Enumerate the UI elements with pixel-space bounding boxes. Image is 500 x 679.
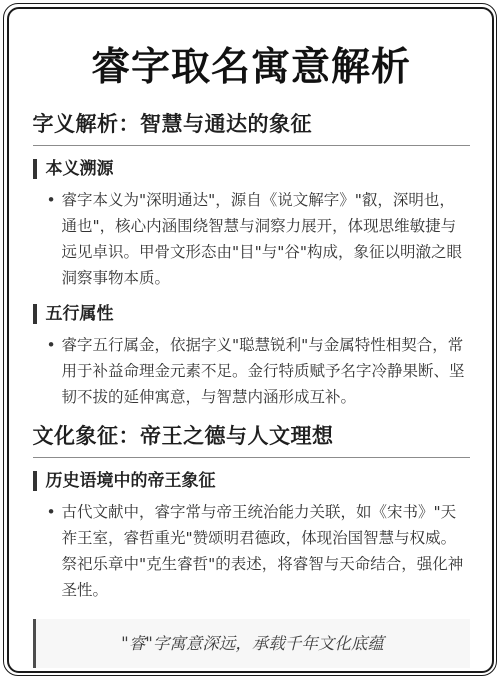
page-frame-outer: 睿字取名寓意解析 字义解析：智慧与通达的象征 本义溯源 睿字本义为"深明通达"，… <box>3 3 497 676</box>
section-heading-character-meaning: 字义解析：智慧与通达的象征 <box>33 111 470 137</box>
bullet-five-elements: 睿字五行属金，依据字义"聪慧锐利"与金属特性相契合，常用于补益命理金元素不足。金… <box>47 332 470 410</box>
bullet-list: 睿字本义为"深明通达"，源自《说文解字》"叡，深明也，通也"，核心内涵围绕智慧与… <box>47 187 470 291</box>
subsection-title-five-elements: 五行属性 <box>33 304 470 324</box>
bullet-original-meaning: 睿字本义为"深明通达"，源自《说文解字》"叡，深明也，通也"，核心内涵围绕智慧与… <box>47 187 470 291</box>
section-heading-cultural-symbolism: 文化象征：帝王之德与人文理想 <box>33 423 470 449</box>
bullet-list: 古代文献中，睿字常与帝王统治能力关联，如《宋书》"天祚王室，睿哲重光"赞颂明君德… <box>47 499 470 603</box>
subsection-title-imperial-symbolism: 历史语境中的帝王象征 <box>33 471 470 491</box>
bullet-imperial-symbolism: 古代文献中，睿字常与帝王统治能力关联，如《宋书》"天祚王室，睿哲重光"赞颂明君德… <box>47 499 470 603</box>
subsection-title-original-meaning: 本义溯源 <box>33 159 470 179</box>
page-frame-inner: 睿字取名寓意解析 字义解析：智慧与通达的象征 本义溯源 睿字本义为"深明通达"，… <box>7 7 494 673</box>
bullet-list: 睿字五行属金，依据字义"聪慧锐利"与金属特性相契合，常用于补益命理金元素不足。金… <box>47 332 470 410</box>
subsection-imperial-symbolism: 历史语境中的帝王象征 古代文献中，睿字常与帝王统治能力关联，如《宋书》"天祚王室… <box>33 471 470 603</box>
page-title: 睿字取名寓意解析 <box>33 45 470 92</box>
footer-quote-text: "睿"字寓意深远，承载千年文化底蕴 <box>48 632 458 655</box>
subsection-five-elements: 五行属性 睿字五行属金，依据字义"聪慧锐利"与金属特性相契合，常用于补益命理金元… <box>33 304 470 410</box>
section-divider <box>33 145 470 146</box>
section-divider <box>33 457 470 458</box>
footer-quote-block: "睿"字寓意深远，承载千年文化底蕴 <box>33 619 470 668</box>
subsection-original-meaning: 本义溯源 睿字本义为"深明通达"，源自《说文解字》"叡，深明也，通也"，核心内涵… <box>33 159 470 291</box>
